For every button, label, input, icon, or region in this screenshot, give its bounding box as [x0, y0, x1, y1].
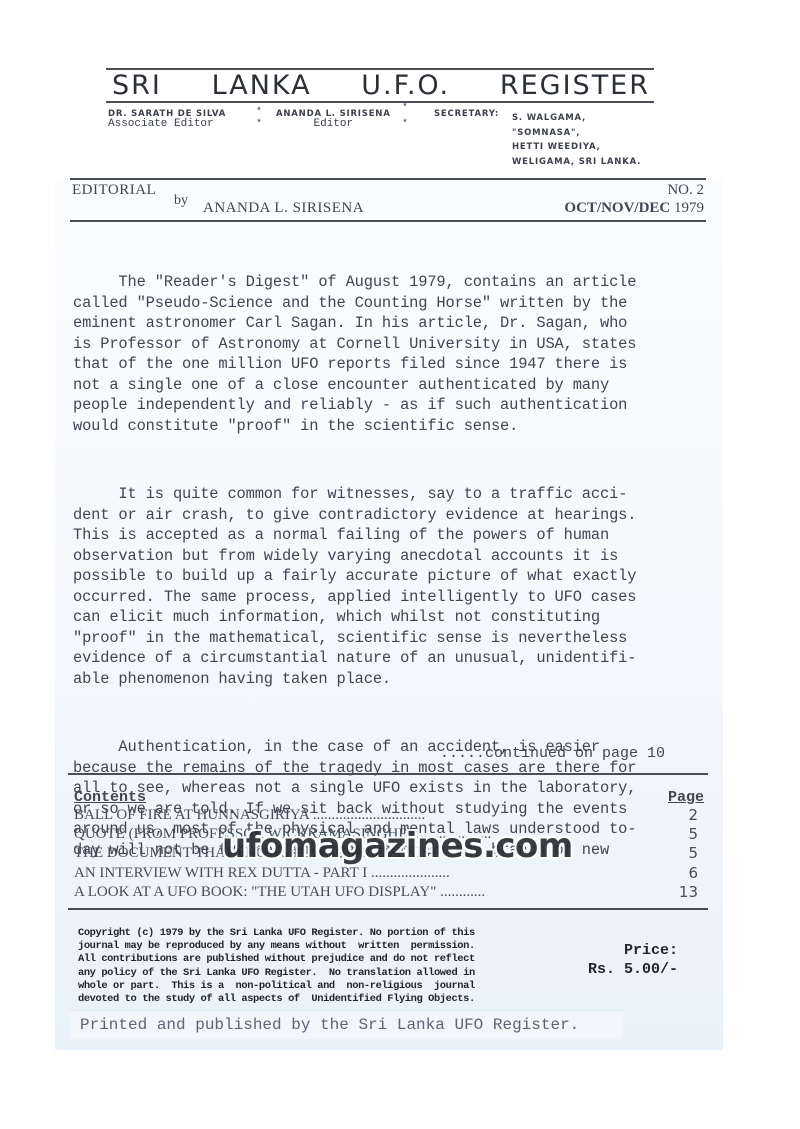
address-line: HETTI WEEDIYA,: [512, 140, 641, 155]
separator-star: *: [256, 119, 262, 130]
contents-item-title: AN INTERVIEW WITH REX DUTTA - PART I ...…: [74, 864, 450, 883]
paragraph: It is quite common for witnesses, say to…: [73, 484, 713, 689]
printed-by: Printed and published by the Sri Lanka U…: [70, 1010, 623, 1039]
contents-item: AN INTERVIEW WITH REX DUTTA - PART I ...…: [74, 864, 698, 883]
title-word: REGISTER: [500, 71, 650, 101]
title-word: U.F.O.: [361, 71, 450, 101]
contents-item-page: 6: [678, 864, 698, 883]
editorial-label: EDITORIAL: [72, 182, 156, 199]
footer: Copyright (c) 1979 by the Sri Lanka UFO …: [70, 927, 710, 1006]
separator-star: *: [402, 119, 408, 130]
paragraph: The "Reader's Digest" of August 1979, co…: [73, 272, 713, 436]
price-block: Price: Rs. 5.00/-: [588, 941, 678, 979]
price-label: Price:: [588, 941, 678, 960]
contents-item-page: 13: [678, 883, 698, 902]
byline-by: by: [174, 193, 188, 209]
contents-item-page: 2: [678, 806, 698, 825]
contents-item: BALL OF FIRE AT HUNNASGIRIYA ...........…: [74, 806, 698, 825]
separator-star: *: [256, 107, 262, 118]
continued-note: .....continued on page 10: [440, 745, 665, 762]
contents-item-page: 5: [678, 825, 698, 844]
publication-title: SRI LANKA U.F.O. REGISTER: [106, 70, 654, 101]
contents-item-title: BALL OF FIRE AT HUNNASGIRIYA ...........…: [74, 806, 425, 825]
editorial-bottom-rule: [70, 220, 706, 222]
issue-year: 1979: [674, 200, 704, 216]
secretary-address: S. WALGAMA, "SOMNASA", HETTI WEEDIYA, WE…: [512, 111, 641, 169]
editorial-header: EDITORIAL by ANANDA L. SIRISENA NO. 2 OC…: [70, 178, 706, 222]
price-value: Rs. 5.00/-: [588, 960, 678, 979]
editor-role: Editor: [276, 119, 391, 130]
contents-item-title: A LOOK AT A UFO BOOK: "THE UTAH UFO DISP…: [74, 883, 485, 902]
contents-heading: Contents: [74, 789, 146, 806]
watermark: ufomagazines.com: [222, 826, 573, 866]
associate-editor: DR. SARATH DE SILVA Associate Editor: [108, 109, 226, 130]
contents-bottom-rule: [68, 908, 708, 910]
editor: ANANDA L. SIRISENA Editor: [276, 109, 391, 130]
title-word: SRI: [112, 71, 162, 101]
issue-date: OCT/NOV/DEC 1979: [564, 200, 704, 217]
page-heading: Page: [668, 789, 704, 806]
secretary-label: SECRETARY:: [434, 109, 499, 119]
contents-header: Contents Page: [68, 775, 708, 806]
address-line: "SOMNASA",: [512, 126, 641, 141]
masthead-bottom-rule: [106, 101, 654, 103]
issue-number: NO. 2: [667, 182, 704, 199]
separator-star: *: [402, 103, 408, 114]
title-word: LANKA: [212, 71, 312, 101]
associate-editor-role: Associate Editor: [108, 119, 226, 130]
contents-item-page: 5: [678, 844, 698, 863]
contents-item: A LOOK AT A UFO BOOK: "THE UTAH UFO DISP…: [74, 883, 698, 902]
address-line: WELIGAMA, SRI LANKA.: [512, 155, 641, 170]
issue-period: OCT/NOV/DEC: [564, 200, 670, 216]
address-line: S. WALGAMA,: [512, 111, 641, 126]
editorial-author: ANANDA L. SIRISENA: [203, 200, 364, 217]
